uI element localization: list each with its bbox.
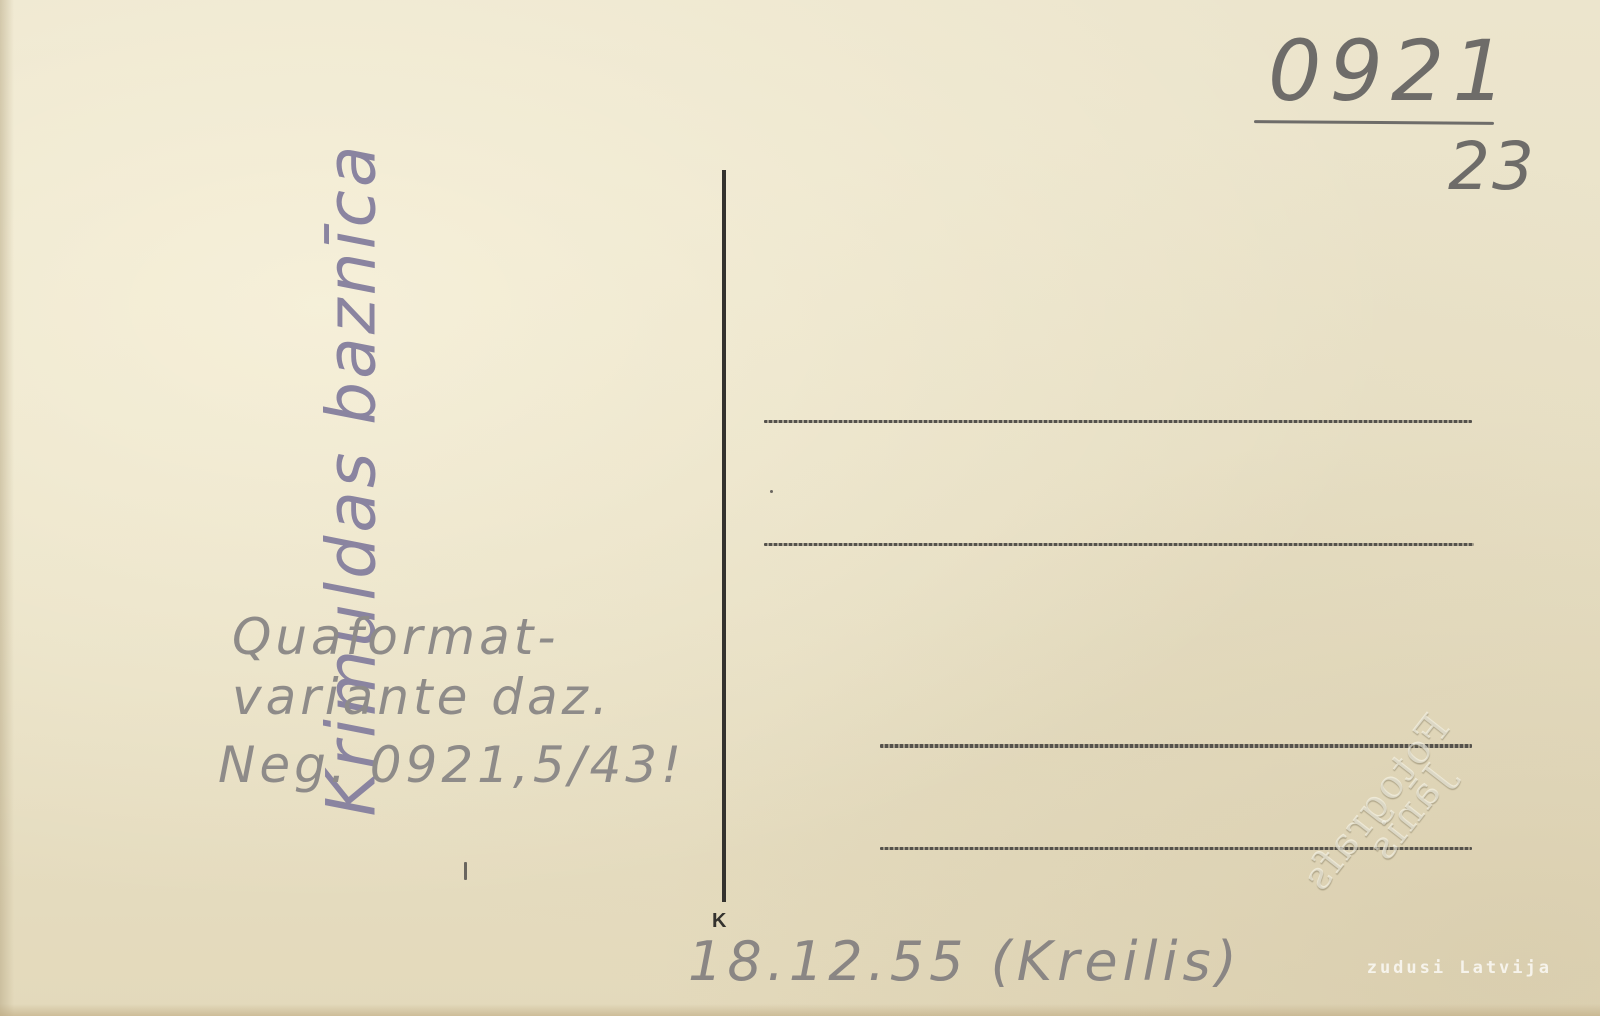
address-line-2 [764,543,1474,546]
address-line-3 [880,744,1472,748]
message-address-divider [722,170,726,902]
date-note: 18.12.55 (Kreilis) [688,930,1242,993]
watermark: zudusi Latvija [1367,958,1552,978]
note-line-1: Quaformat- [232,608,559,666]
stray-mark [464,862,467,880]
card-left-edge [0,0,14,1016]
address-line-1 [764,420,1472,423]
archive-number: 0921 [1268,22,1514,120]
archive-sub-number: 23 [1448,128,1536,205]
postcard-back: Krimuldas baznīca 0921 23 Quaformat- var… [0,0,1600,1016]
stray-mark [770,490,773,493]
note-line-2: variante daz. [232,668,612,726]
note-line-3: Neg. 0921,5/43! [218,736,685,794]
archive-number-underline [1254,120,1494,125]
card-bottom-edge [0,1004,1600,1016]
